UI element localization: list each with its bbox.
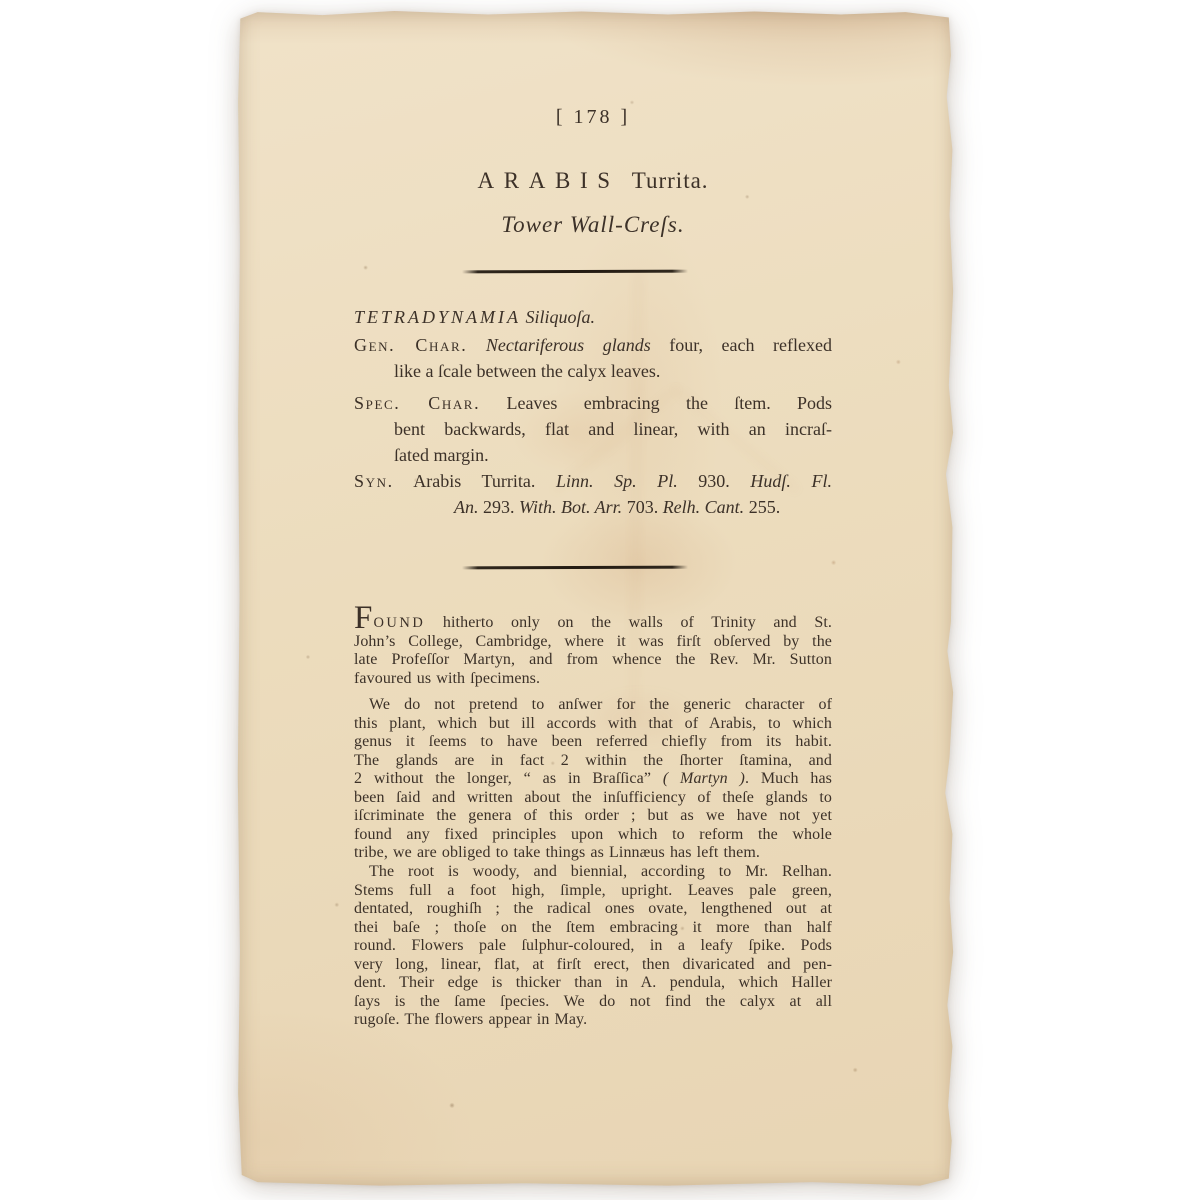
text-line: rugoſe. The flowers appear in May. xyxy=(354,1011,832,1030)
text-segment: bent backwards, flat and linear, with an… xyxy=(394,419,832,439)
text-segment: iſcriminate the genera of this order ; b… xyxy=(354,807,832,824)
text-line: ſated margin. xyxy=(354,442,832,468)
text-line: like a ſcale between the calyx leaves. xyxy=(354,358,832,384)
text-segment: ( Martyn ) xyxy=(663,770,745,787)
text-segment: like a ſcale between the calyx leaves. xyxy=(394,361,660,381)
genus-name: ARABIS xyxy=(477,168,619,193)
text-line: We do not pretend to anſwer for the gene… xyxy=(354,696,832,715)
common-name-heading: Tower Wall-Creſs. xyxy=(354,212,832,238)
text-segment: found any fixed principles upon which to… xyxy=(354,826,832,843)
text-line: John’s College, Cambridge, where it was … xyxy=(354,633,832,652)
page-number: [ 178 ] xyxy=(354,106,832,129)
synonymy: Syn. Arabis Turrita. Linn. Sp. Pl. 930. … xyxy=(354,468,832,520)
specific-character: Spec. Char. Leaves embracing the ſtem. P… xyxy=(354,390,832,468)
text-segment: Syn. xyxy=(354,471,394,491)
text-segment: John’s College, Cambridge, where it was … xyxy=(354,633,832,650)
species-heading: ARABISTurrita. xyxy=(354,168,832,194)
body-paragraph-1: FOUND hitherto only on the walls of Trin… xyxy=(354,614,832,688)
text-segment: 2 without the longer, “ as in Braſſica” xyxy=(354,770,663,787)
text-segment: very long, linear, flat, at firſt erect,… xyxy=(354,956,832,973)
text-segment xyxy=(467,335,486,355)
text-segment: Gen. Char. xyxy=(354,335,467,355)
body-paragraph-2: We do not pretend to anſwer for the gene… xyxy=(354,696,832,863)
text-line: The glands are in fact 2 within the ſhor… xyxy=(354,752,832,771)
text-segment: dentated, roughiſh ; the radical ones ov… xyxy=(354,900,832,917)
text-segment: Leaves embracing the ſtem. Pods xyxy=(480,393,832,413)
text-segment: Siliquoſa. xyxy=(526,307,596,327)
text-segment: dent. Their edge is thicker than in A. p… xyxy=(354,974,832,991)
text-line: favoured us with ſpecimens. xyxy=(354,670,832,689)
page-sheet: [ 178 ] ARABISTurrita. Tower Wall-Creſs.… xyxy=(236,8,956,1188)
text-line: iſcriminate the genera of this order ; b… xyxy=(354,807,832,826)
book-page-scan: [ 178 ] ARABISTurrita. Tower Wall-Creſs.… xyxy=(236,8,956,1188)
text-segment: genus it ſeems to have been referred chi… xyxy=(354,733,832,750)
text-line: very long, linear, flat, at firſt erect,… xyxy=(354,956,832,975)
text-segment: this plant, which but ill accords with t… xyxy=(354,715,832,732)
text-line: The root is woody, and biennial, accordi… xyxy=(354,863,832,882)
text-line: Gen. Char. Nectariferous glands four, ea… xyxy=(354,332,832,358)
text-segment: ſated margin. xyxy=(394,445,489,465)
text-line: tribe, we are obliged to take things as … xyxy=(354,844,832,863)
text-line: been ſaid and written about the inſuffic… xyxy=(354,789,832,808)
text-segment: been ſaid and written about the inſuffic… xyxy=(354,789,832,806)
text-segment: OUND xyxy=(373,615,425,631)
text-segment: . Much has xyxy=(745,770,832,787)
text-segment: Nectariferous glands xyxy=(486,335,651,355)
text-line: genus it ſeems to have been referred chi… xyxy=(354,733,832,752)
text-line: this plant, which but ill accords with t… xyxy=(354,715,832,734)
text-segment: Relh. Cant. xyxy=(663,497,745,517)
text-segment: 703. xyxy=(622,497,663,517)
text-segment: F xyxy=(354,600,372,636)
text-segment: An. xyxy=(454,497,479,517)
section-rule-top xyxy=(462,270,688,274)
generic-character: Gen. Char. Nectariferous glands four, ea… xyxy=(354,332,832,384)
text-segment: hitherto only on the walls of Trinity an… xyxy=(425,614,832,631)
text-line: Stems full a foot high, ſimple, upright.… xyxy=(354,882,832,901)
text-segment: Hudſ. Fl. xyxy=(750,471,832,491)
text-line: Spec. Char. Leaves embracing the ſtem. P… xyxy=(354,390,832,416)
body-paragraph-3: The root is woody, and biennial, accordi… xyxy=(354,863,832,1030)
text-segment: late Profeſſor Martyn, and from whence t… xyxy=(354,651,832,668)
text-line: FOUND hitherto only on the walls of Trin… xyxy=(354,614,832,633)
text-segment: tribe, we are obliged to take things as … xyxy=(354,844,760,861)
text-segment: rugoſe. The flowers appear in May. xyxy=(354,1011,587,1028)
text-segment: round. Flowers pale ſulphur-coloured, in… xyxy=(354,937,832,954)
text-line: round. Flowers pale ſulphur-coloured, in… xyxy=(354,937,832,956)
text-segment: 930. xyxy=(678,471,751,491)
text-line: late Profeſſor Martyn, and from whence t… xyxy=(354,651,832,670)
text-segment: 293. xyxy=(479,497,520,517)
text-line: dentated, roughiſh ; the radical ones ov… xyxy=(354,900,832,919)
section-rule-bottom xyxy=(462,566,688,570)
taxonomy-line: TETRADYNAMIA Siliquoſa. xyxy=(354,304,832,330)
text-segment: four, each reflexed xyxy=(651,335,832,355)
text-line: thei baſe ; thoſe on the ſtem embracing … xyxy=(354,919,832,938)
text-segment: Spec. Char. xyxy=(354,393,480,413)
text-segment: Stems full a foot high, ſimple, upright.… xyxy=(354,882,832,899)
text-segment: TETRADYNAMIA xyxy=(354,307,521,327)
text-line: ſays is the ſame ſpecies. We do not find… xyxy=(354,993,832,1012)
text-line: found any fixed principles upon which to… xyxy=(354,826,832,845)
text-segment: The root is woody, and biennial, accordi… xyxy=(369,863,832,880)
text-segment: The glands are in fact 2 within the ſhor… xyxy=(354,752,832,769)
text-line: TETRADYNAMIA Siliquoſa. xyxy=(354,304,832,330)
species-epithet: Turrita. xyxy=(632,168,709,193)
text-segment: thei baſe ; thoſe on the ſtem embracing … xyxy=(354,919,832,936)
text-line: dent. Their edge is thicker than in A. p… xyxy=(354,974,832,993)
text-segment: With. Bot. Arr. xyxy=(519,497,622,517)
text-line: Syn. Arabis Turrita. Linn. Sp. Pl. 930. … xyxy=(354,468,832,494)
text-line: 2 without the longer, “ as in Braſſica” … xyxy=(354,770,832,789)
text-segment: ſays is the ſame ſpecies. We do not find… xyxy=(354,993,832,1010)
text-segment: Linn. Sp. Pl. xyxy=(556,471,678,491)
text-segment: Arabis Turrita. xyxy=(394,471,556,491)
text-column: [ 178 ] ARABISTurrita. Tower Wall-Creſs.… xyxy=(354,8,832,1188)
text-line: bent backwards, flat and linear, with an… xyxy=(354,416,832,442)
text-segment: 255. xyxy=(744,497,780,517)
text-line: An. 293. With. Bot. Arr. 703. Relh. Cant… xyxy=(354,494,832,520)
text-segment: favoured us with ſpecimens. xyxy=(354,670,540,687)
text-segment: We do not pretend to anſwer for the gene… xyxy=(369,696,832,713)
